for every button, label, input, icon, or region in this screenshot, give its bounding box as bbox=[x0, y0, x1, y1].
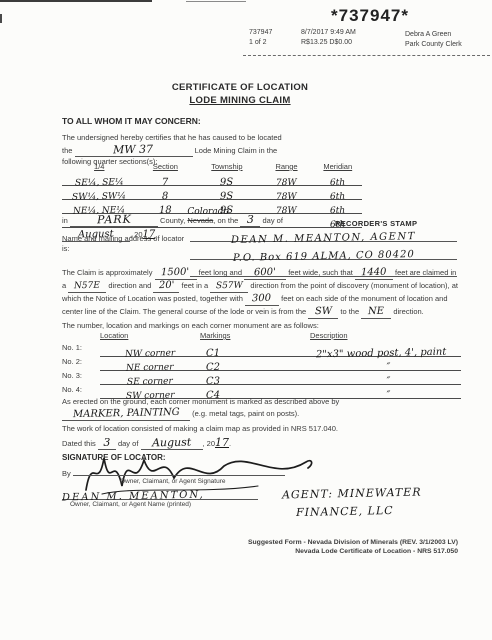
width-value: 600' bbox=[254, 267, 276, 279]
intro-line1: The undersigned hereby certifies that he… bbox=[62, 133, 402, 143]
length-field: 1500' bbox=[155, 267, 197, 280]
locator-address-value: P.O. Box 619 ALMA, CO 80420 bbox=[232, 249, 414, 265]
locator-label-line1: Name and mailing address of locator bbox=[62, 234, 187, 244]
footer-line1: Suggested Form - Nevada Division of Mine… bbox=[210, 539, 458, 548]
meridian-value: 6th bbox=[330, 192, 345, 203]
header-description: Description bbox=[310, 331, 348, 340]
by-label: By bbox=[62, 469, 71, 478]
direction1-field: N57E bbox=[68, 281, 106, 293]
marking-method-paragraph: As erected on the ground, each corner mo… bbox=[62, 397, 402, 421]
header-doc-number-block: 737947 1 of 2 bbox=[249, 28, 272, 48]
footer-line2: Nevada Lode Certificate of Location - NR… bbox=[210, 548, 458, 557]
footer-block: Suggested Form - Nevada Division of Mine… bbox=[210, 539, 458, 556]
intro-after: Lode Mining Claim in the bbox=[195, 146, 278, 155]
feet2-field: 20' bbox=[153, 280, 179, 293]
header-township: Township bbox=[211, 162, 242, 171]
agent-note: AGENT: MINEWATER FINANCE, LLC bbox=[282, 484, 492, 520]
monuments-table: Location Markings Description No. 1: NW … bbox=[62, 331, 492, 399]
claim-text: direction and bbox=[108, 281, 151, 290]
state-correction: Colorado Nevada bbox=[187, 216, 213, 226]
recording-datetime: 8/7/2017 9:49 AM bbox=[301, 28, 356, 38]
claim-text: feet wide, such that bbox=[288, 268, 353, 277]
doc-number: 737947 bbox=[249, 28, 272, 38]
county-label: County, bbox=[160, 216, 185, 225]
clerk-name: Debra A Green bbox=[405, 30, 462, 40]
document-title-block: CERTIFICATE OF LOCATION LODE MINING CLAI… bbox=[60, 82, 420, 106]
signature-line bbox=[73, 466, 285, 476]
clerk-title: Park County Clerk bbox=[405, 40, 462, 50]
claim-text: direction. bbox=[393, 307, 423, 316]
monument-location: NE corner bbox=[126, 363, 174, 375]
monument-no: No. 3: bbox=[62, 371, 100, 385]
monuments-intro: The number, location and markings on eac… bbox=[62, 321, 319, 331]
page-info: 1 of 2 bbox=[249, 38, 272, 48]
quarter-table-header-row: 1/4 Section Township Range Meridian bbox=[62, 162, 362, 172]
quarter-row: SE¼, SE¼ 7 9S 78W 6th bbox=[62, 172, 362, 186]
locator-name-value: DEAN M. MEANTON, AGENT bbox=[231, 231, 416, 247]
course-from-value: SW bbox=[315, 306, 332, 318]
recording-fees: R$13.25 D$0.00 bbox=[301, 38, 356, 48]
range-value: 78W bbox=[276, 178, 297, 189]
day-field: 3 bbox=[240, 214, 260, 227]
claim-text: feet long and bbox=[199, 268, 242, 277]
length-value: 1500' bbox=[161, 267, 189, 280]
header-meridian: Meridian bbox=[323, 162, 352, 171]
header-location: Location bbox=[100, 331, 128, 340]
agent-note-line1: AGENT: MINEWATER bbox=[282, 487, 422, 502]
header-divider-dashed bbox=[243, 55, 490, 56]
monument-no: No. 1: bbox=[62, 343, 100, 357]
header-clerk-block: Debra A Green Park County Clerk bbox=[405, 30, 462, 50]
claim-text: The Claim is approximately bbox=[62, 268, 152, 277]
title-line1: CERTIFICATE OF LOCATION bbox=[60, 82, 420, 93]
claim-name-field: MW 37 bbox=[75, 144, 193, 157]
claim-text: feet in a bbox=[182, 281, 209, 290]
scan-edge-tick bbox=[0, 14, 2, 23]
width-field: 600' bbox=[244, 267, 286, 280]
recording-stamp-number: *737947* bbox=[300, 6, 440, 26]
claim-name-value: MW 37 bbox=[113, 144, 153, 157]
meridian-value: 6th bbox=[330, 178, 345, 189]
printed-name-label: Owner, Claimant, or Agent Name (printed) bbox=[70, 501, 191, 509]
scan-edge-line-2 bbox=[186, 1, 246, 2]
title-line2: LODE MINING CLAIM bbox=[60, 95, 420, 106]
direction2-field: S57W bbox=[210, 281, 248, 293]
monument-no: No. 2: bbox=[62, 357, 100, 371]
range-value: 78W bbox=[276, 192, 297, 203]
township-value: 9S bbox=[220, 177, 233, 189]
section-value: 7 bbox=[162, 177, 169, 189]
quarter-value: SW¼, SW¼ bbox=[72, 191, 126, 203]
locator-label: Name and mailing address of locator is: bbox=[62, 234, 187, 254]
scanned-document-page: *737947* 737947 1 of 2 8/7/2017 9:49 AM … bbox=[0, 0, 492, 640]
locator-label-line2: is: bbox=[62, 244, 187, 254]
feet2-value: 20' bbox=[159, 280, 175, 292]
county-value: PARK bbox=[96, 214, 131, 227]
county-day-of: day of bbox=[263, 216, 283, 225]
day-value: 3 bbox=[247, 213, 254, 226]
marking-method-field: MARKER, PAINTING bbox=[62, 408, 190, 421]
township-value: 9S bbox=[220, 191, 233, 203]
intro-the: the bbox=[62, 146, 72, 155]
state-handwritten-value: Colorado bbox=[187, 207, 228, 218]
work-of-location-line: The work of location consisted of making… bbox=[62, 424, 338, 434]
monument-markings: C1 bbox=[206, 348, 220, 360]
course-from-field: SW bbox=[308, 306, 338, 319]
monument-location: SE corner bbox=[127, 377, 173, 389]
claim-dimensions-paragraph: The Claim is approximately 1500' feet lo… bbox=[62, 267, 458, 319]
marking-method-text1: As erected on the ground, each corner mo… bbox=[62, 397, 402, 407]
claim-text: to the bbox=[340, 307, 359, 316]
section-value: 8 bbox=[162, 191, 169, 203]
header-section: Section bbox=[153, 162, 178, 171]
feet-claimed-field: 1440 bbox=[355, 267, 393, 280]
locator-address-field: P.O. Box 619 ALMA, CO 80420 bbox=[190, 246, 457, 260]
monuments-header-row: Location Markings Description bbox=[62, 331, 492, 341]
header-markings: Markings bbox=[200, 331, 230, 340]
monument-location: NW corner bbox=[125, 348, 175, 360]
scan-edge-line bbox=[0, 0, 152, 2]
course-to-field: NE bbox=[361, 306, 391, 319]
marking-method-value: MARKER, PAINTING bbox=[73, 407, 180, 421]
header-range: Range bbox=[275, 162, 297, 171]
direction1-value: N57E bbox=[74, 281, 100, 293]
feet-claimed-value: 1440 bbox=[361, 267, 387, 280]
locator-name-field: DEAN M. MEANTON, AGENT bbox=[190, 228, 457, 242]
quarter-value: SE¼, SE¼ bbox=[75, 177, 124, 189]
salutation: TO ALL WHOM IT MAY CONCERN: bbox=[62, 116, 201, 126]
county-field: PARK bbox=[70, 214, 158, 227]
agent-note-line2: FINANCE, LLC bbox=[296, 505, 394, 519]
side-feet-value: 300 bbox=[252, 293, 271, 305]
monument-markings: C3 bbox=[206, 376, 220, 388]
county-in: in bbox=[62, 216, 68, 225]
marking-method-text2: (e.g. metal tags, paint on posts). bbox=[192, 409, 299, 418]
recorders-stamp-label: RECORDER'S STAMP bbox=[335, 219, 417, 228]
header-datetime-block: 8/7/2017 9:49 AM R$13.25 D$0.00 bbox=[301, 28, 356, 48]
monument-markings: C2 bbox=[206, 362, 220, 374]
header-quarter: 1/4 bbox=[94, 162, 104, 171]
printed-name-field: DEAN M. MEANTON, bbox=[62, 486, 258, 500]
direction2-value: S57W bbox=[216, 281, 243, 293]
side-feet-field: 300 bbox=[245, 293, 279, 306]
monument-row: No. 1: NW corner C1 2"x3" wood post, 4',… bbox=[62, 343, 492, 357]
course-to-value: NE bbox=[368, 306, 384, 318]
signature-line-label: Owner, Claimant, or Agent Signature bbox=[120, 478, 226, 486]
